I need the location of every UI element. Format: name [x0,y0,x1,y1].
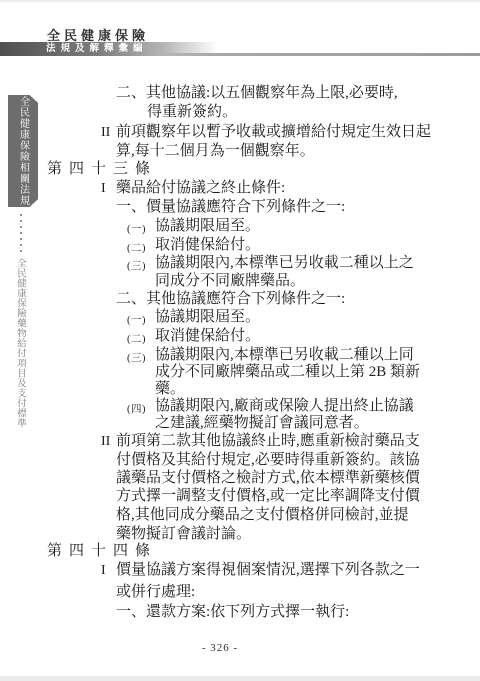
text-line: (四)協議期限內,廠商或保險人提出終止協議 [0,398,480,415]
page-number: - 326 - [0,642,440,654]
line-text: 方式擇一調整支付價格,或一定比率調降支付價 [116,488,420,505]
article-heading: 第四十三條 [0,161,480,178]
text-line: 二、其他協議應符合下列條件之一: [0,291,480,308]
line-text: 二、其他協議:以五個觀察年為上限,必要時, [116,85,398,102]
item-numeral: (二) [127,331,146,348]
line-text: 同成分不同廠牌藥品。 [155,273,305,290]
text-line: (二)取消健保給付。 [0,237,480,254]
line-text: 取消健保給付。 [155,328,260,345]
line-text: 協議期限屆至。 [155,309,260,326]
line-text: 算,每十二個月為一個觀察年。 [116,143,315,160]
text-line: 二、其他協議:以五個觀察年為上限,必要時, [0,85,480,102]
text-line: 付價格及其給付規定,必要時得重新簽約。該協 [0,452,480,469]
line-text: 協議期限屆至。 [155,218,260,235]
text-line: 一、還款方案:依下列方式擇一執行: [0,604,480,621]
text-line: (三)協議期限內,本標準已另收載二種以上同 [0,347,480,364]
line-text: 第四十四條 [47,543,157,560]
text-line: 格,其他同成分藥品之支付價格併同檢討,並提 [0,507,480,524]
clause-numeral: I [101,562,106,579]
page-top-edge [0,0,480,2]
text-line: II前項觀察年以暫予收載或擴增給付規定生效日起 [0,124,480,141]
line-text: 一、價量協議應符合下列條件之一: [116,199,345,216]
line-text: 第四十三條 [47,161,157,178]
header-banner: 法規及解釋彙編 [0,42,218,56]
page-bottom-edge [0,676,480,681]
line-text: 藥品給付協議之終止條件: [116,180,285,197]
line-text: 協議期限內,廠商或保險人提出終止協議 [155,398,414,415]
line-text: 一、還款方案:依下列方式擇一執行: [116,604,349,621]
line-text: 取消健保給付。 [155,237,260,254]
book-page: 全民健康保險 法規及解釋彙編 全民健康保險相關法規 全民健康保險藥物給付項目及支… [0,0,480,681]
text-line: (二)取消健保給付。 [0,328,480,345]
text-line: 一、價量協議應符合下列條件之一: [0,199,480,216]
line-text: 議藥品支付價格之檢討方式,依本標準新藥核價 [116,470,420,487]
line-text: 價量協議方案得視個案情況,選擇下列各款之一 [116,562,420,579]
text-line: 算,每十二個月為一個觀察年。 [0,143,480,160]
text-line: 議藥品支付價格之檢討方式,依本標準新藥核價 [0,470,480,487]
text-line: 藥。 [0,381,480,398]
text-line: (一)協議期限屆至。 [0,309,480,326]
text-line: 或併行處理: [0,584,480,601]
text-line: 藥物擬訂會議討論。 [0,526,480,543]
text-line: 得重新簽約。 [0,104,480,121]
line-text: 得重新簽約。 [147,104,237,121]
line-text: 或併行處理: [116,584,195,601]
article-heading: 第四十四條 [0,543,480,560]
text-line: 成分不同廠牌藥品或二種以上第 2B 類新 [0,364,480,381]
line-text: 協議期限內,本標準已另收載二種以上同 [155,347,414,364]
clause-numeral: II [101,124,110,141]
text-line: I藥品給付協議之終止條件: [0,180,480,197]
clause-numeral: I [101,180,106,197]
line-text: 前項第二款其他協議終止時,應重新檢討藥品支 [116,433,420,450]
text-line: 同成分不同廠牌藥品。 [0,273,480,290]
text-line: I價量協議方案得視個案情況,選擇下列各款之一 [0,562,480,579]
text-line: (一)協議期限屆至。 [0,218,480,235]
clause-numeral: II [101,433,110,450]
line-text: 付價格及其給付規定,必要時得重新簽約。該協 [116,452,420,469]
line-text: 前項觀察年以暫予收載或擴增給付規定生效日起 [116,124,431,141]
line-text: 二、其他協議應符合下列條件之一: [116,291,345,308]
line-text: 藥物擬訂會議討論。 [116,526,251,543]
text-line: 之建議,經藥物擬訂會議同意者。 [0,415,480,432]
line-text: 格,其他同成分藥品之支付價格併同檢討,並提 [116,507,409,524]
item-numeral: (一) [127,221,146,238]
line-text: 之建議,經藥物擬訂會議同意者。 [155,415,369,432]
line-text: 協議期限內,本標準已另收載二種以上之 [155,255,414,272]
line-text: 藥。 [155,381,185,398]
text-line: 方式擇一調整支付價格,或一定比率調降支付價 [0,488,480,505]
item-numeral: (一) [127,312,146,329]
text-line: II前項第二款其他協議終止時,應重新檢討藥品支 [0,433,480,450]
text-line: (三)協議期限內,本標準已另收載二種以上之 [0,255,480,272]
line-text: 成分不同廠牌藥品或二種以上第 2B 類新 [155,364,420,381]
